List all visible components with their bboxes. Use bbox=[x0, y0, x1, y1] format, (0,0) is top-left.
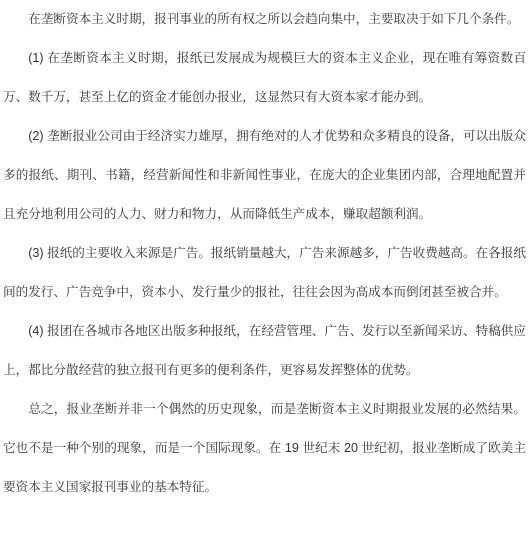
condition-2-paragraph: (2) 垄断报业公司由于经济实力雄厚，拥有绝对的人才优势和众多精良的设备，可以出… bbox=[3, 117, 526, 234]
intro-paragraph: 在垄断资本主义时期，报刊事业的所有权之所以会趋向集中，主要取决于如下几个条件。 bbox=[3, 0, 526, 39]
document-page: { "page": { "background_color": "#ffffff… bbox=[0, 0, 529, 546]
condition-4-paragraph: (4) 报团在各城市各地区出版多种报纸，在经营管理、广告、发行以至新闻采访、特稿… bbox=[3, 312, 526, 390]
condition-1-paragraph: (1) 在垄断资本主义时期，报纸已发展成为规模巨大的资本主义企业，现在唯有筹资数… bbox=[3, 39, 526, 117]
text-document: 在垄断资本主义时期，报刊事业的所有权之所以会趋向集中，主要取决于如下几个条件。 … bbox=[0, 0, 529, 507]
condition-3-paragraph: (3) 报纸的主要收入来源是广告。报纸销量越大，广告来源越多，广告收费越高。在各… bbox=[3, 234, 526, 312]
conclusion-paragraph: 总之，报业垄断并非一个偶然的历史现象，而是垄断资本主义时期报业发展的必然结果。它… bbox=[3, 390, 526, 507]
